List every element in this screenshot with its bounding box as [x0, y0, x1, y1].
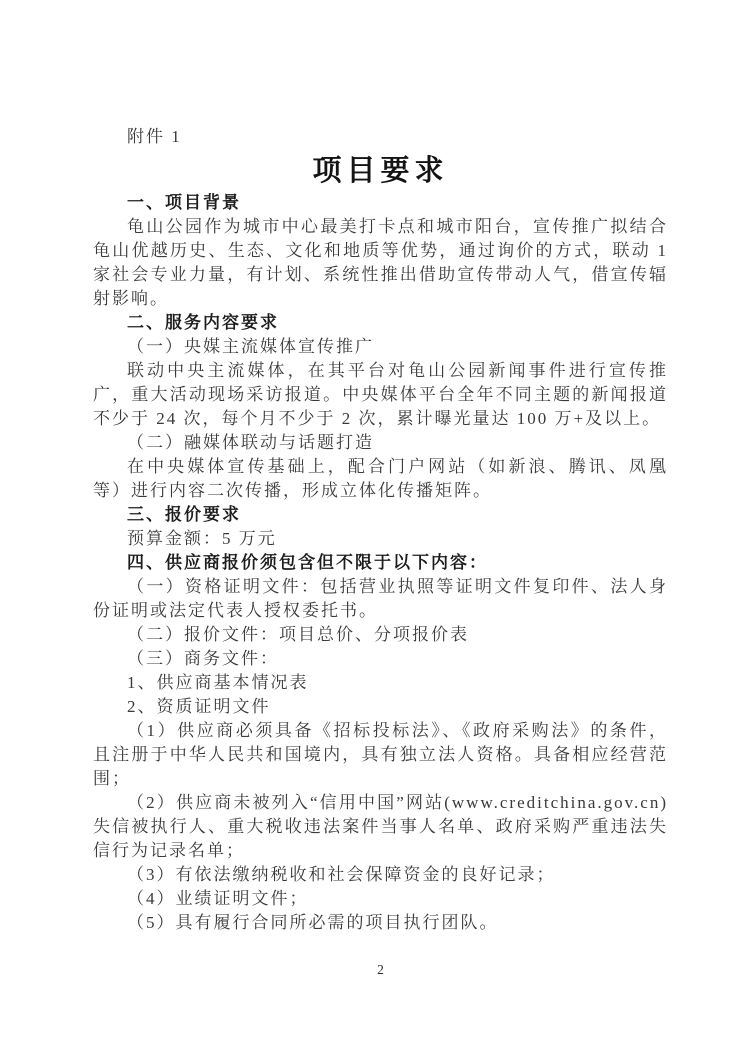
document-title: 项目要求 [93, 149, 668, 191]
para-qualification-condition-1: （1）供应商必须具备《招标投标法》、《政府采购法》的条件，且注册于中华人民共和国… [93, 719, 668, 791]
para-qualification-condition-2: （2）供应商未被列入“信用中国”网站(www.creditchina.gov.c… [93, 791, 668, 863]
list-item-supplier-basic-info-form: 1、供应商基本情况表 [93, 671, 668, 695]
para-project-background: 龟山公园作为城市中心最美打卡点和城市阳台，宣传推广拟结合龟山优越历史、生态、文化… [93, 215, 668, 311]
document-page: 附件 1 项目要求 一、项目背景 龟山公园作为城市中心最美打卡点和城市阳台，宣传… [93, 125, 668, 935]
text-qualification-condition-3: （3）有依法缴纳税收和社会保障资金的良好记录； [93, 863, 668, 887]
text-qualification-condition-5: （5）具有履行合同所必需的项目执行团队。 [93, 911, 668, 935]
text-quotation-documents: （二）报价文件：项目总价、分项报价表 [93, 623, 668, 647]
heading-quotation-requirements: 三、报价要求 [93, 503, 668, 527]
subheading-central-media-promotion: （一）央媒主流媒体宣传推广 [93, 335, 668, 359]
heading-supplier-quotation-contents: 四、供应商报价须包含但不限于以下内容： [93, 551, 668, 575]
text-business-documents: （三）商务文件： [93, 647, 668, 671]
subheading-converged-media-topics: （二）融媒体联动与话题打造 [93, 431, 668, 455]
text-qualification-condition-4: （4）业绩证明文件； [93, 887, 668, 911]
text-budget-amount: 预算金额：5 万元 [93, 527, 668, 551]
page-number: 2 [93, 961, 668, 979]
para-qualification-documents: （一）资格证明文件：包括营业执照等证明文件复印件、法人身份证明或法定代表人授权委… [93, 575, 668, 623]
para-converged-media-topics: 在中央媒体宣传基础上，配合门户网站（如新浪、腾讯、凤凰等）进行内容二次传播，形成… [93, 455, 668, 503]
heading-project-background: 一、项目背景 [93, 191, 668, 215]
attachment-label: 附件 1 [93, 125, 668, 149]
list-item-qualification-certificates: 2、资质证明文件 [93, 695, 668, 719]
heading-service-content-requirements: 二、服务内容要求 [93, 311, 668, 335]
para-central-media-promotion: 联动中央主流媒体，在其平台对龟山公园新闻事件进行宣传推广，重大活动现场采访报道。… [93, 359, 668, 431]
